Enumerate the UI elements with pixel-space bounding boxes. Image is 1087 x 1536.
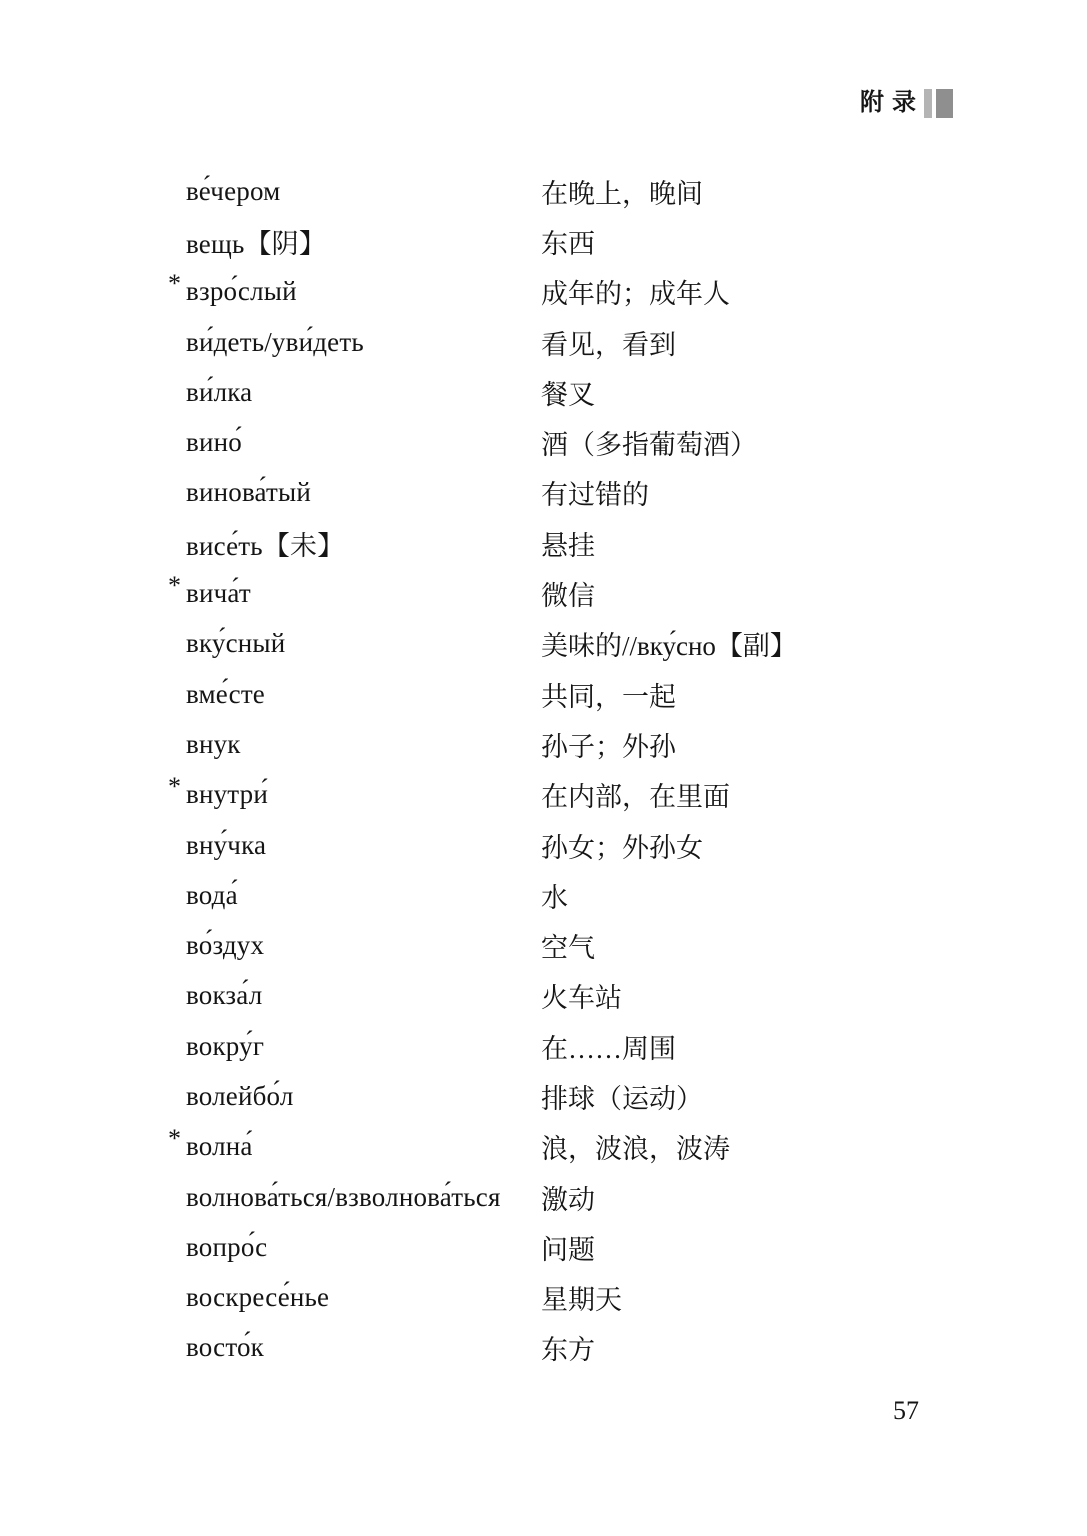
chinese-definition: 有过错的 [541, 473, 649, 512]
russian-term: вещь【阴】 [186, 222, 541, 261]
vocab-row: *вича́т微信 [168, 568, 1067, 618]
russian-term: висе́ть【未】 [186, 524, 541, 563]
chinese-definition: 水 [541, 876, 568, 915]
russian-term: волнова́ться/взволнова́ться [186, 1182, 541, 1213]
chinese-definition: 酒（多指葡萄酒） [541, 423, 757, 462]
chinese-definition: 餐叉 [541, 373, 595, 412]
vocab-row: воскресе́нье星期天 [168, 1273, 1067, 1323]
chinese-definition: 星期天 [541, 1278, 622, 1317]
russian-term: вокру́г [186, 1031, 541, 1062]
chinese-definition: 孙女；外孙女 [541, 826, 703, 865]
russian-term: во́здух [186, 930, 541, 961]
vocab-row: ве́чером在晚上，晚间 [168, 166, 1067, 216]
vocab-list: ве́чером在晚上，晚间вещь【阴】东西*взро́слый成年的；成年人… [168, 166, 1067, 1373]
chinese-definition: 孙子；外孙 [541, 725, 676, 764]
chinese-definition: 成年的；成年人 [541, 272, 730, 311]
page-number: 57 [893, 1396, 919, 1426]
russian-term: винова́тый [186, 477, 541, 508]
russian-term: вку́сный [186, 628, 541, 659]
vocab-row: винова́тый有过错的 [168, 468, 1067, 518]
chinese-definition: 浪，波浪，波涛 [541, 1127, 730, 1166]
vocab-row: вну́чка孙女；外孙女 [168, 820, 1067, 870]
asterisk-marker: * [168, 774, 186, 800]
bar-dark-icon [936, 89, 953, 118]
vocab-row: вокза́л火车站 [168, 971, 1067, 1021]
russian-term: ве́чером [186, 176, 541, 207]
russian-term: вино́ [186, 427, 541, 458]
russian-term: вода́ [186, 880, 541, 911]
chinese-definition: 在……周围 [541, 1027, 676, 1066]
document-page: 附 录 ве́чером在晚上，晚间вещь【阴】东西*взро́слый成年的… [0, 0, 1087, 1536]
chinese-definition: 在晚上，晚间 [541, 172, 703, 211]
vocab-row: *волна́浪，波浪，波涛 [168, 1122, 1067, 1172]
russian-term: волейбо́л [186, 1081, 541, 1112]
russian-term: внутри́ [186, 779, 541, 810]
header-decoration-bars [924, 89, 953, 118]
vocab-row: вокру́г在……周围 [168, 1021, 1067, 1071]
chinese-definition: 美味的//вку́сно【副】 [541, 624, 797, 663]
russian-term: вокза́л [186, 980, 541, 1011]
vocab-row: вме́сте共同，一起 [168, 669, 1067, 719]
russian-term: ви́лка [186, 377, 541, 408]
vocab-row: во́здух空气 [168, 920, 1067, 970]
chinese-definition: 悬挂 [541, 524, 595, 563]
russian-term: взро́слый [186, 276, 541, 307]
chinese-definition: 东方 [541, 1328, 595, 1367]
chinese-definition: 排球（运动） [541, 1077, 703, 1116]
russian-term: вну́чка [186, 830, 541, 861]
russian-term: ви́деть/уви́деть [186, 327, 541, 358]
header-title: 附 录 [860, 88, 917, 118]
vocab-row: волейбо́л排球（运动） [168, 1071, 1067, 1121]
vocab-row: вку́сный美味的//вку́сно【副】 [168, 619, 1067, 669]
vocab-row: *внутри́在内部，在里面 [168, 770, 1067, 820]
vocab-row: вода́水 [168, 870, 1067, 920]
asterisk-marker: * [168, 1126, 186, 1152]
chinese-definition: 看见，看到 [541, 323, 676, 362]
vocab-row: восто́к东方 [168, 1323, 1067, 1373]
chinese-definition: 微信 [541, 574, 595, 613]
asterisk-marker: * [168, 271, 186, 297]
russian-term: волна́ [186, 1131, 541, 1162]
russian-term: воскресе́нье [186, 1282, 541, 1313]
bar-light-icon [924, 89, 932, 118]
vocab-row: висе́ть【未】悬挂 [168, 518, 1067, 568]
vocab-row: волнова́ться/взволнова́ться激动 [168, 1172, 1067, 1222]
russian-term: вича́т [186, 578, 541, 609]
russian-term: внук [186, 729, 541, 760]
vocab-row: ви́лка餐叉 [168, 367, 1067, 417]
vocab-row: *взро́слый成年的；成年人 [168, 267, 1067, 317]
chinese-definition: 火车站 [541, 976, 622, 1015]
chinese-definition: 问题 [541, 1228, 595, 1267]
page-header: 附 录 [860, 88, 953, 118]
russian-term: восто́к [186, 1332, 541, 1363]
vocab-row: вино́酒（多指葡萄酒） [168, 417, 1067, 467]
russian-term: вме́сте [186, 679, 541, 710]
vocab-row: вопро́с问题 [168, 1222, 1067, 1272]
chinese-definition: 东西 [541, 222, 595, 261]
vocab-row: вещь【阴】东西 [168, 216, 1067, 266]
chinese-definition: 共同，一起 [541, 675, 676, 714]
russian-term: вопро́с [186, 1232, 541, 1263]
asterisk-marker: * [168, 573, 186, 599]
vocab-row: внук孙子；外孙 [168, 719, 1067, 769]
chinese-definition: 空气 [541, 926, 595, 965]
chinese-definition: 在内部，在里面 [541, 775, 730, 814]
chinese-definition: 激动 [541, 1178, 595, 1217]
vocab-row: ви́деть/уви́деть看见，看到 [168, 317, 1067, 367]
